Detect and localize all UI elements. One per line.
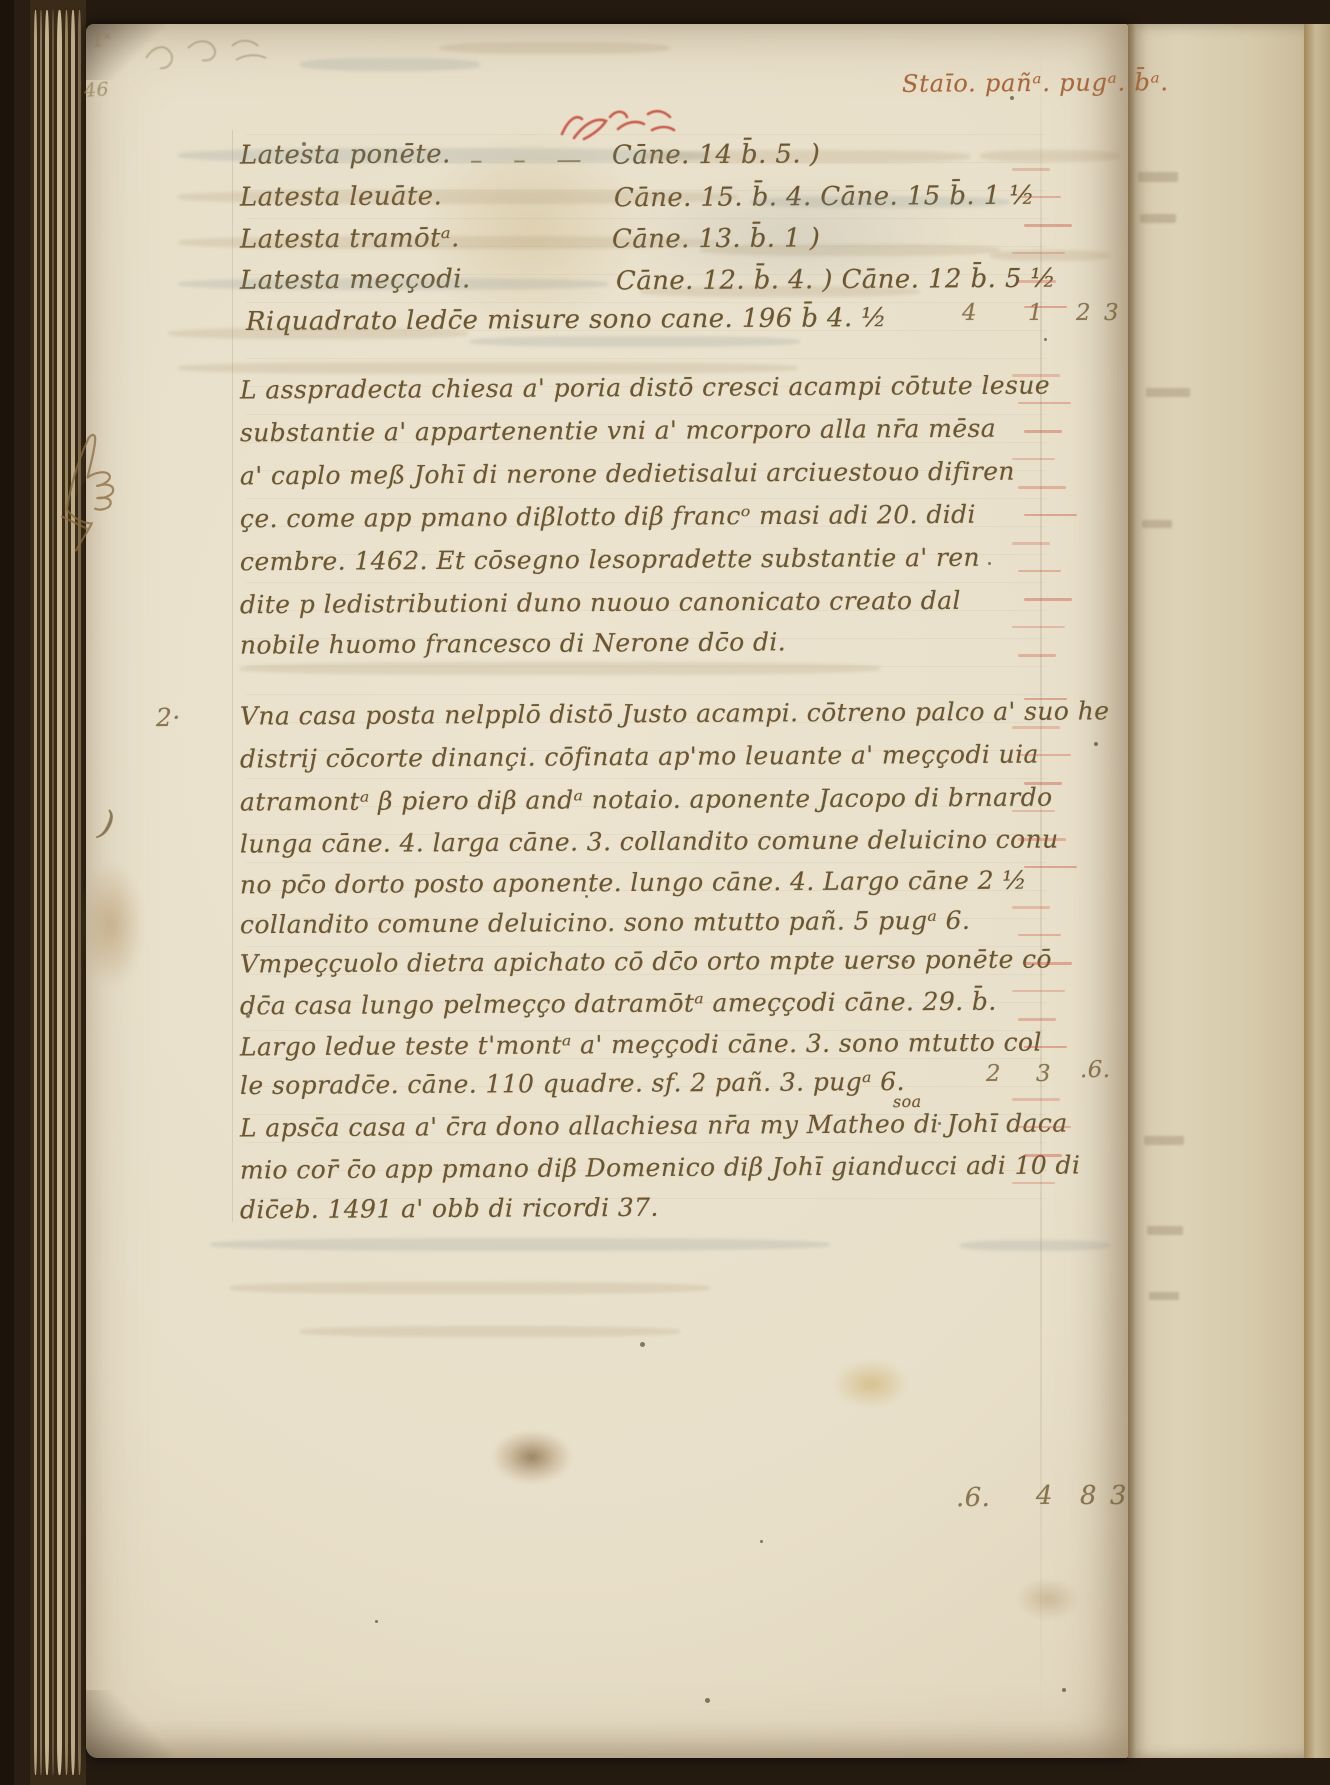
margin-number: 2 (986, 1062, 1001, 1087)
margin-number: 1 (1028, 301, 1043, 326)
manuscript-line: no pc̄o dorto posto aponente. lungo cāne… (240, 867, 1027, 899)
measure-label: Latesta leuāte. (240, 182, 442, 212)
manuscript-line: mio cor̄ c̄o app pmano diβ Domenico diβ … (240, 1151, 1080, 1184)
manuscript-line: dc̄a casa lungo pelmeçço datramōtᵃ ameçç… (240, 988, 997, 1020)
manuscript-line: çe. come app pmano diβlotto diβ francᵒ m… (240, 501, 976, 533)
manuscript-line: distrij cōcorte dinançi. cōfinata ap'mo … (240, 741, 1039, 773)
manuscript-line: dite p ledistributioni duno nuouo canoni… (240, 587, 961, 619)
margin-number: 2 (1076, 301, 1091, 326)
faded-marginalia-squiggle (140, 28, 290, 88)
measure-label: Latesta ponēte. (240, 140, 451, 170)
manuscript-photo: 1ˣ 46 Staīo. pañᵃ. pugᵃ. b̄ᵃ. Latesta po… (0, 0, 1330, 1785)
manuscript-line: cembre. 1462. Et cōsegno lesopradette su… (240, 544, 980, 576)
page-heading-rubric: Staīo. pañᵃ. pugᵃ. b̄ᵃ. (902, 69, 1169, 97)
leaf-edge (65, 10, 68, 1775)
manuscript-line: Vna casa posta nelpplō distō Justo acamp… (240, 697, 1110, 730)
folio-number: 4 (1036, 1482, 1053, 1511)
manuscript-line: a' caplo meß Johī di nerone dedietisalui… (240, 458, 1015, 490)
leaf-edge (57, 10, 62, 1775)
folio-number: .6. (956, 1484, 990, 1513)
manuscript-line: collandito comune deluicino. sono mtutto… (240, 907, 970, 939)
measure-value: Cāne. 15. b̄. 4. Cāne. 15 b̄. 1 ½ (614, 182, 1035, 213)
manuscript-line: lunga cāne. 4. larga cāne. 3. collandito… (240, 826, 1059, 859)
item-number: 2· (156, 704, 181, 732)
measure-value: Cāne. 13. b̄. 1 ) (612, 224, 820, 254)
leaf-edge (78, 10, 81, 1775)
margin-number: 3 (1036, 1062, 1051, 1087)
manuscript-line: le sopradc̄e. cāne. 110 quadre. sf. 2 pa… (240, 1068, 905, 1100)
margin-number: 3 (1104, 301, 1119, 326)
manuscript-line: Largo ledue teste t'montᵃ a' meççodi cān… (240, 1029, 1042, 1061)
measure-value: Cāne. 14 b̄. 5. ) (612, 140, 820, 170)
leaf-edge (34, 10, 37, 1775)
leaf-edge (52, 10, 54, 1775)
manuscript-line: nobile huomo francesco di Nerone dc̄o di… (240, 628, 786, 659)
measure-value: Cāne. 12. b̄. 4. ) Cāne. 12 b̄. 5 ½ (616, 265, 1056, 296)
leaf-edge (71, 10, 75, 1775)
manuscript-line: atramontᵃ β piero diβ andᵃ notaio. apone… (240, 784, 1053, 816)
manuscript-line: L apsc̄a casa a' c̄ra dono allachiesa nr… (240, 1109, 1068, 1142)
marginalia-top-left: 1ˣ (91, 29, 113, 52)
far-page-edge (1304, 24, 1330, 1758)
leaf-edge (45, 10, 49, 1775)
margin-number: 4 (962, 301, 977, 326)
folio-number: 8 (1080, 1482, 1097, 1511)
facing-page-edge (1128, 24, 1304, 1758)
manuscript-line: Vmpeççuolo dietra apichato cō dc̄o orto … (240, 946, 1052, 978)
manuscript-line: dic̄eb. 1491 a' obb di ricordi 37. (240, 1194, 659, 1224)
leaf-edge (40, 10, 42, 1775)
folio-number: 3 (1110, 1482, 1127, 1511)
marginalia-top-left: 46 (83, 79, 109, 102)
measure-label: Latesta meççodi. (240, 265, 471, 295)
dash-leader: – – — (470, 146, 582, 174)
total-line: Riquadrato ledc̄e misure sono cane. 196 … (246, 304, 887, 337)
manuscript-line: L asspradecta chiesa a' poria distō cres… (240, 372, 1050, 404)
margin-number: .6. (1080, 1058, 1111, 1083)
measure-label: Latesta tramōtᵃ. (240, 224, 460, 254)
manuscript-line: substantie a' appartenentie vni a' mcorp… (240, 415, 996, 447)
interlinear-note: soa (893, 1093, 922, 1111)
margin-rule (232, 130, 233, 1222)
